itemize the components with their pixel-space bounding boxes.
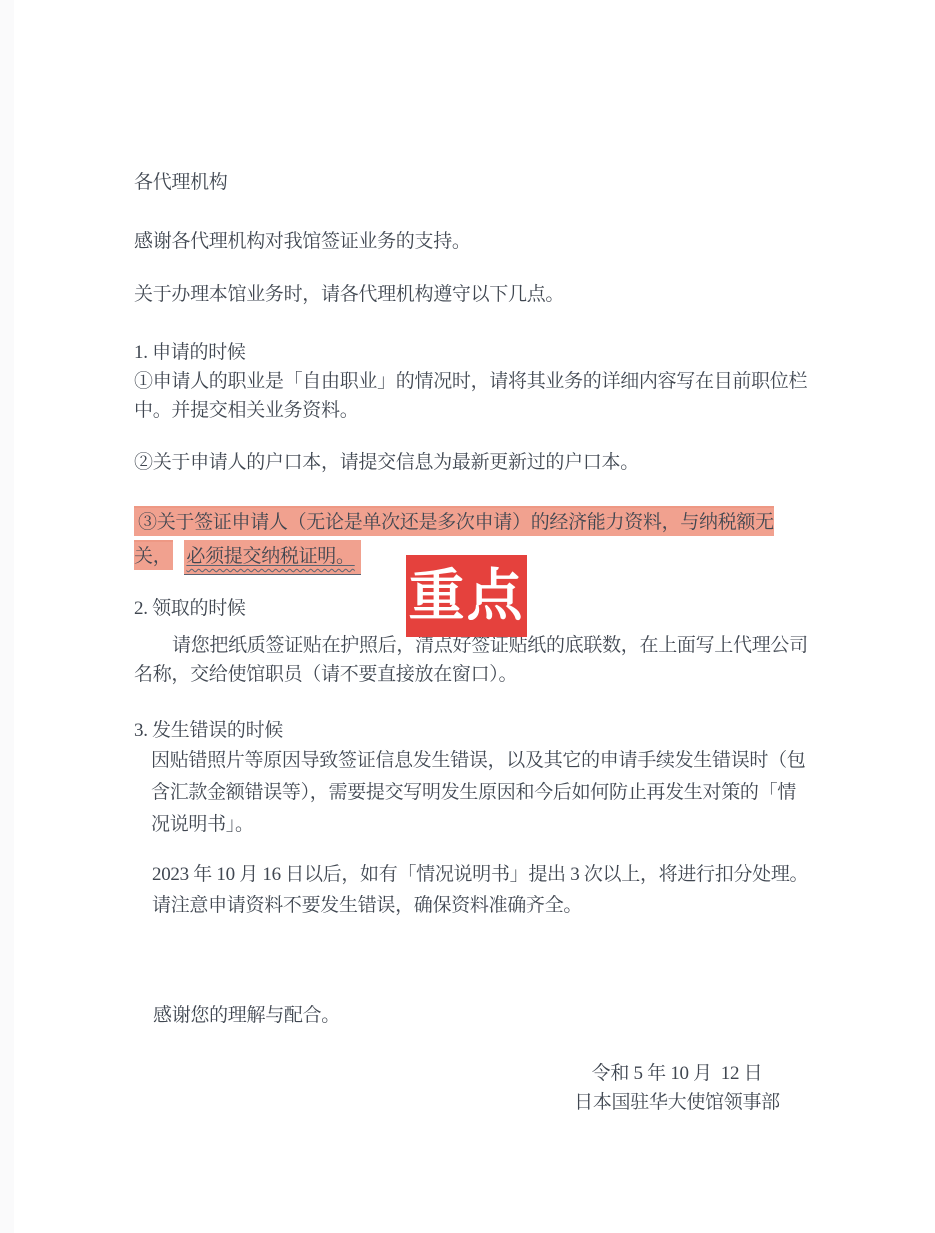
section-1-item-2: ②关于申请人的户口本，请提交信息为最新更新过的户口本。 xyxy=(134,448,812,477)
thanks-paragraph: 感谢各代理机构对我馆签证业务的支持。 xyxy=(134,227,812,256)
section-3-title: 3. 发生错误的时候 xyxy=(134,716,812,745)
signature-block: 令和 5 年 10 月 12 日 日本国驻华大使馆领事部 xyxy=(527,1059,827,1117)
key-point-stamp-label: 重点 xyxy=(409,568,525,624)
salutation: 各代理机构 xyxy=(134,168,812,197)
signature-line: 日本国驻华大使馆领事部 xyxy=(527,1088,827,1117)
penalty-note-paragraph: 2023 年 10 月 16 日以后，如有「情况说明书」提出 3 次以上，将进行… xyxy=(152,859,812,921)
section-3-body: 因贴错照片等原因导致签证信息发生错误，以及其它的申请手续发生错误时（包含汇款金额… xyxy=(151,745,812,841)
section-1-title: 1. 申请的时候 xyxy=(134,338,812,367)
section-1: 1. 申请的时候 ①申请人的职业是「自由职业」的情况时，请将其业务的详细内容写在… xyxy=(134,338,812,425)
section-1-item-1: ①申请人的职业是「自由职业」的情况时，请将其业务的详细内容写在目前职位栏中。并提… xyxy=(134,367,812,425)
closing-paragraph: 感谢您的理解与配合。 xyxy=(153,1001,812,1030)
wavy-underlined-text: 必须提交纳税证明。 xyxy=(186,546,354,567)
key-point-stamp: 重点 xyxy=(406,555,527,637)
date-line: 令和 5 年 10 月 12 日 xyxy=(527,1059,827,1088)
preamble-paragraph: 关于办理本馆业务时，请各代理机构遵守以下几点。 xyxy=(134,280,812,309)
document-page: 各代理机构 感谢各代理机构对我馆签证业务的支持。 关于办理本馆业务时，请各代理机… xyxy=(0,0,935,1233)
section-2-body: 请您把纸质签证贴在护照后，清点好签证贴纸的底联数，在上面写上代理公司名称，交给使… xyxy=(134,631,812,689)
highlighted-key-sentence: 必须提交纳税证明。 xyxy=(184,540,360,575)
